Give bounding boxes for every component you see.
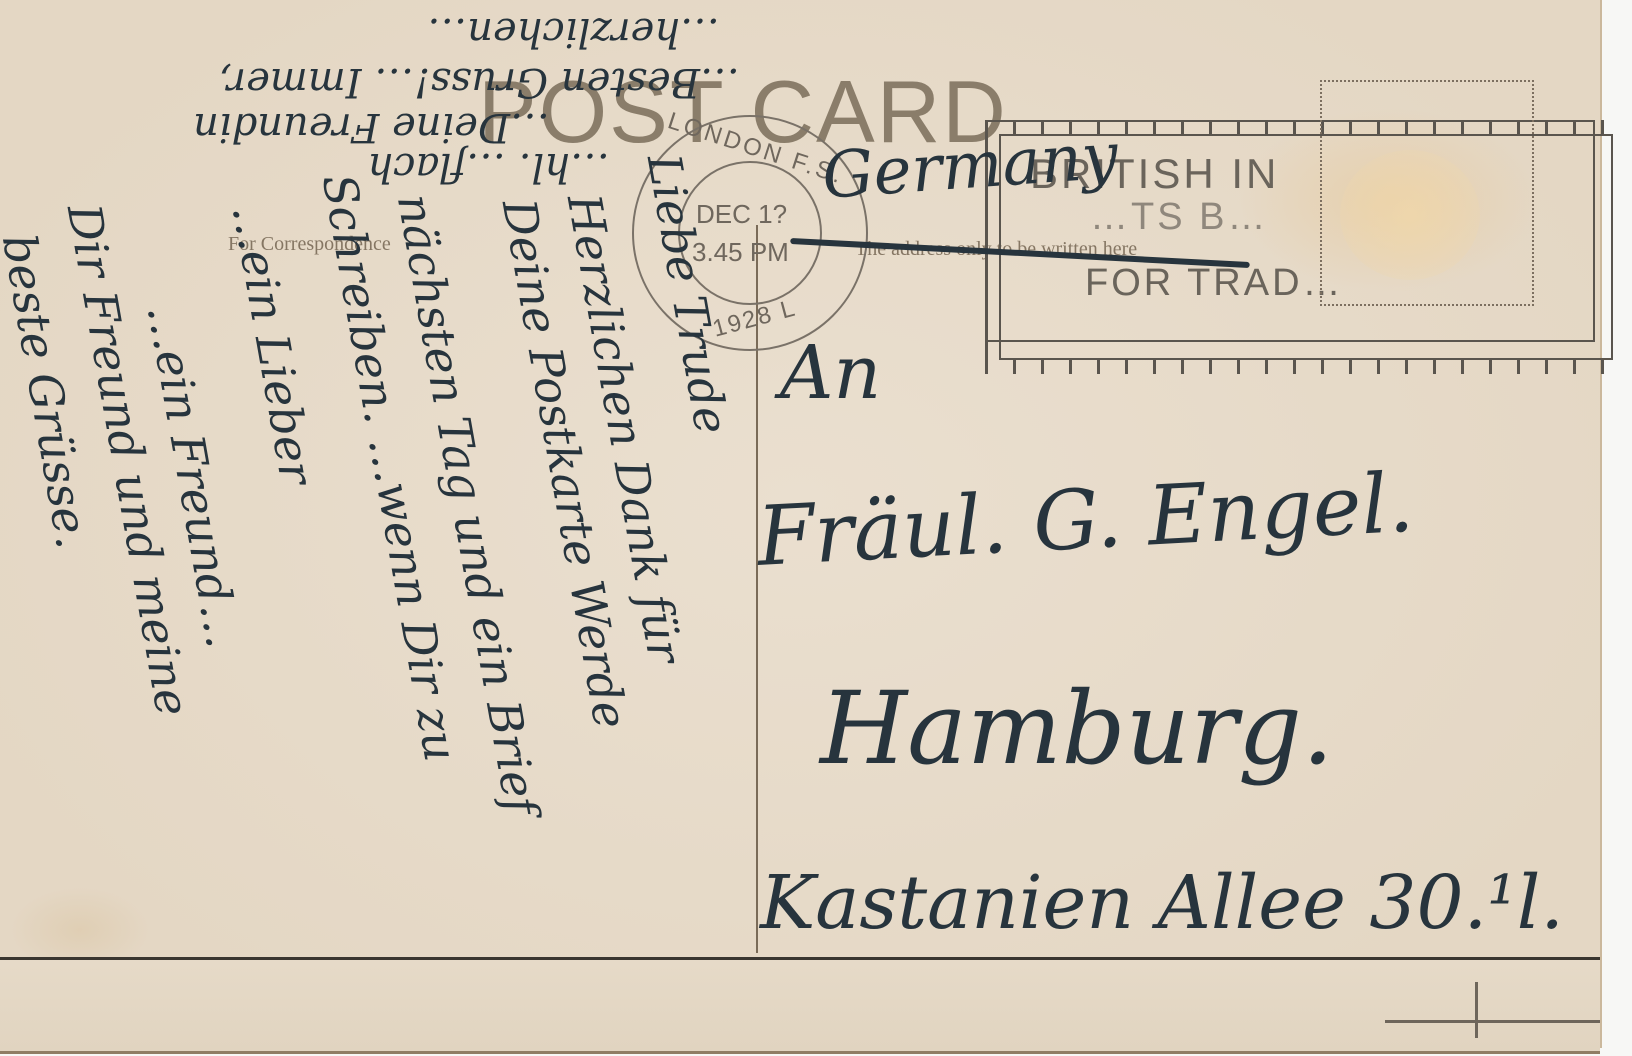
fold-mark-horizontal: [1385, 1020, 1600, 1023]
postcard-back: POST CARD For Correspondence The address…: [0, 0, 1602, 1048]
address-recipient: Fräul. G. Engel.: [755, 456, 1416, 585]
address-city: Hamburg.: [820, 670, 1334, 787]
message-inverted-line: …herzlichen…: [427, 9, 720, 55]
slogan-line-3: FOR TRAD…: [1085, 262, 1344, 305]
address-salutation: An: [780, 330, 881, 416]
message-inverted-line: …Besten Gruss!… Immer,: [219, 59, 740, 105]
stamp-box: [1320, 80, 1534, 306]
message-inverted-line: …hl. …flach: [367, 144, 610, 190]
address-street: Kastanien Allee 30.¹l.: [760, 860, 1564, 946]
fold-mark-vertical: [1475, 982, 1478, 1038]
card-bottom-strip: [0, 957, 1600, 1054]
slogan-line-2: …TS B…: [1090, 196, 1268, 239]
postmark-date: DEC 1?: [696, 199, 787, 230]
